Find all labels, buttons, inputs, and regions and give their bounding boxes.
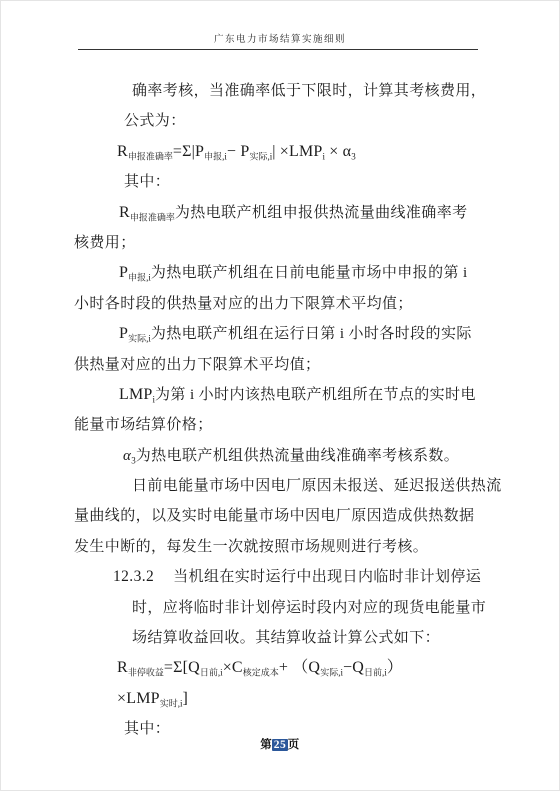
formula-subscript: 非停收益 bbox=[128, 668, 164, 678]
footer-page-number: 25 bbox=[272, 739, 288, 751]
formula-subscript: 实际,i bbox=[320, 668, 343, 678]
formula-subscript: 申报,i bbox=[128, 273, 151, 283]
formula-subscript: 申报准确率 bbox=[128, 151, 173, 161]
page-footer: 第25页 bbox=[0, 736, 560, 752]
text-segment: 公式为： bbox=[124, 113, 186, 129]
text-line: 能量市场结算价格； bbox=[74, 410, 480, 440]
text-segment: | ×LMP bbox=[272, 143, 322, 160]
text-segment: =Σ|P bbox=[173, 143, 204, 160]
text-line: 公式为： bbox=[74, 106, 480, 136]
text-segment: =Σ[Q bbox=[164, 659, 200, 676]
text-line: 确率考核，当准确率低于下限时，计算其考核费用， bbox=[74, 76, 480, 106]
text-segment: 其中： bbox=[124, 721, 170, 737]
text-line: 供热量对应的出力下限算术平均值； bbox=[74, 350, 480, 380]
text-line: 其中： bbox=[74, 167, 480, 197]
text-line: 日前电能量市场中因电厂原因未报送、延迟报送供热流 bbox=[74, 471, 480, 501]
text-segment: R bbox=[117, 659, 128, 676]
text-segment: 供热量对应的出力下限算术平均值； bbox=[74, 357, 320, 373]
text-segment: 当机组在实时运行中出现日内临时非计划停运 bbox=[173, 569, 481, 585]
text-segment: 为第 i 小时内该热电联产机组所在节点的实时电 bbox=[155, 387, 476, 403]
formula-subscript: 日前,i bbox=[364, 668, 387, 678]
text-line: P实际,i为热电联产机组在运行日第 i 小时各时段的实际 bbox=[74, 319, 480, 349]
text-segment: 其中： bbox=[124, 174, 170, 190]
text-line: 12.3.2当机组在实时运行中出现日内临时非计划停运 bbox=[74, 562, 480, 592]
text-segment: 确率考核，当准确率低于下限时，计算其考核费用， bbox=[132, 83, 486, 99]
text-segment: ×LMP bbox=[117, 690, 160, 707]
text-segment: + （Q bbox=[279, 659, 320, 676]
formula-subscript: 实际,i bbox=[249, 151, 272, 161]
text-segment: 为热电联产机组申报供热流量曲线准确率考 bbox=[175, 205, 468, 221]
text-line: R申报准确率为热电联产机组申报供热流量曲线准确率考 bbox=[74, 198, 480, 228]
formula-subscript: 申报,i bbox=[204, 151, 227, 161]
text-segment: −Q bbox=[343, 659, 364, 676]
text-segment: − P bbox=[227, 143, 250, 160]
text-line: α3为热电联产机组供热流量曲线准确率考核系数。 bbox=[74, 441, 480, 471]
formula-line: ×LMP实时,i] bbox=[74, 684, 480, 714]
formula-subscript: 申报准确率 bbox=[130, 212, 175, 222]
text-line: LMPi为第 i 小时内该热电联产机组所在节点的实时电 bbox=[74, 380, 480, 410]
text-segment: 量曲线的，以及实时电能量市场中因电厂原因造成供热数据 bbox=[74, 508, 474, 524]
text-line: 场结算收益回收。其结算收益计算公式如下： bbox=[74, 623, 480, 653]
text-segment: ） bbox=[387, 659, 403, 676]
text-segment: ×C bbox=[223, 659, 243, 676]
formula-line: R申报准确率=Σ|P申报,i− P实际,i| ×LMPi × α3 bbox=[74, 137, 480, 167]
text-segment: × α bbox=[325, 143, 351, 160]
text-segment: 12.3.2 bbox=[113, 568, 154, 585]
text-segment: 能量市场结算价格； bbox=[74, 417, 213, 433]
text-line: 时，应将临时非计划停运时段内对应的现货电能量市 bbox=[74, 593, 480, 623]
text-segment: P bbox=[119, 325, 128, 342]
text-segment: 发生中断的，每发生一次就按照市场规则进行考核。 bbox=[74, 539, 428, 555]
formula-subscript: 实际,i bbox=[128, 334, 151, 344]
text-line: 小时各时段的供热量对应的出力下限算术平均值； bbox=[74, 289, 480, 319]
text-line: P申报,i为热电联产机组在日前电能量市场中申报的第 i bbox=[74, 258, 480, 288]
text-segment: R bbox=[119, 204, 130, 221]
formula-subscript: 核定成本 bbox=[243, 668, 279, 678]
formula-subscript: 日前,i bbox=[200, 668, 223, 678]
text-segment: 时，应将临时非计划停运时段内对应的现货电能量市 bbox=[132, 600, 486, 616]
formula-subscript: 3 bbox=[351, 151, 356, 161]
text-segment: P bbox=[119, 264, 128, 281]
text-segment: 为热电联产机组在运行日第 i 小时各时段的实际 bbox=[151, 326, 472, 342]
text-segment: 场结算收益回收。其结算收益计算公式如下： bbox=[132, 630, 440, 646]
text-line: 量曲线的，以及实时电能量市场中因电厂原因造成供热数据 bbox=[74, 501, 480, 531]
text-segment: 日前电能量市场中因电厂原因未报送、延迟报送供热流 bbox=[132, 478, 502, 494]
text-segment: 小时各时段的供热量对应的出力下限算术平均值； bbox=[74, 296, 413, 312]
header-rule bbox=[78, 49, 478, 50]
footer-page-suffix: 页 bbox=[288, 739, 300, 751]
text-segment: 为热电联产机组供热流量曲线准确率考核系数。 bbox=[136, 448, 459, 464]
text-line: 核费用； bbox=[74, 228, 480, 258]
document-body: 确率考核，当准确率低于下限时，计算其考核费用，公式为：R申报准确率=Σ|P申报,… bbox=[74, 76, 480, 745]
text-line: 发生中断的，每发生一次就按照市场规则进行考核。 bbox=[74, 532, 480, 562]
text-segment: 为热电联产机组在日前电能量市场中申报的第 i bbox=[151, 265, 468, 281]
text-segment: LMP bbox=[119, 386, 153, 403]
document-header-title: 广东电力市场结算实施细则 bbox=[0, 31, 560, 45]
formula-subscript: 实时,i bbox=[160, 698, 183, 708]
footer-page-prefix: 第 bbox=[260, 739, 272, 751]
text-segment: 核费用； bbox=[74, 235, 136, 251]
text-segment: ] bbox=[183, 690, 189, 707]
text-segment: R bbox=[117, 143, 128, 160]
formula-line: R非停收益=Σ[Q日前,i×C核定成本+ （Q实际,i−Q日前,i） bbox=[74, 653, 480, 683]
